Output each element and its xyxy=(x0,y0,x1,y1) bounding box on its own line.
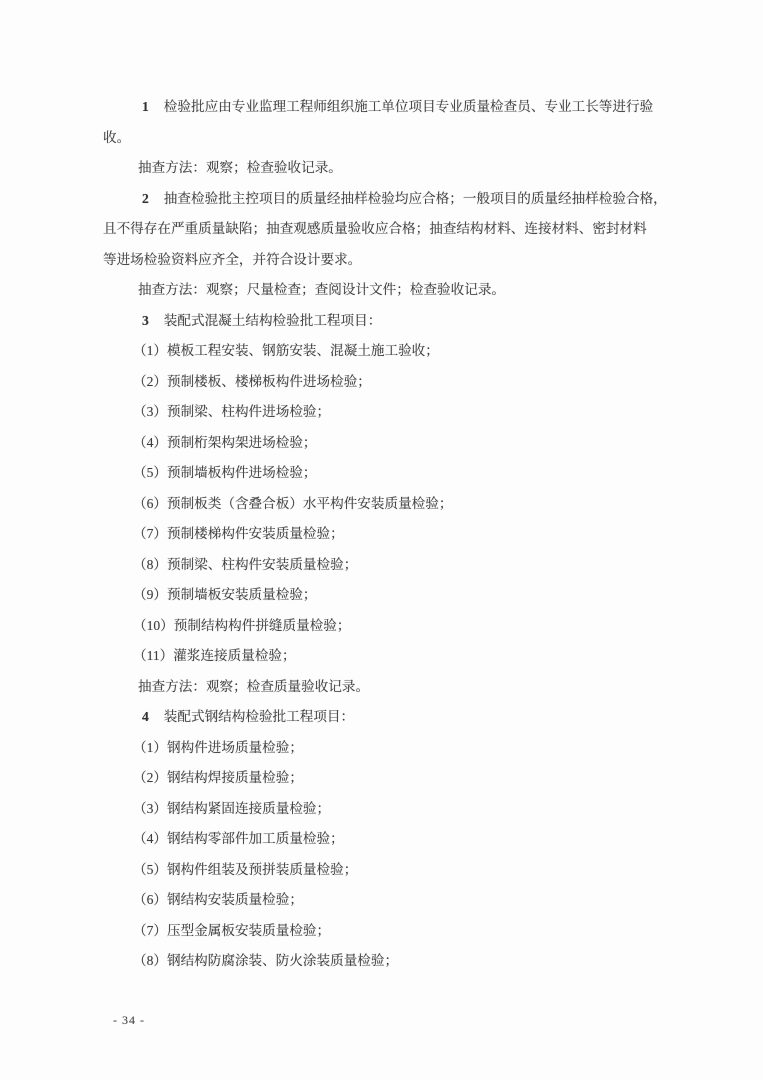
line-text: （2）预制楼板、楼梯板构件进场检验； xyxy=(133,374,371,389)
line-text: （4）钢结构零部件加工质量检验； xyxy=(133,831,344,846)
clause-number: 1 xyxy=(142,99,149,114)
text-line: （7）压型金属板安装质量检验； xyxy=(103,916,663,947)
text-line: （1）模板工程安装、钢筋安装、混凝土施工验收； xyxy=(103,336,663,367)
clause-number: 4 xyxy=(142,709,149,724)
document-page: 1检验批应由专业监理工程师组织施工单位项目专业质量检查员、专业工长等进行验收。抽… xyxy=(0,0,763,1080)
text-line: 1检验批应由专业监理工程师组织施工单位项目专业质量检查员、专业工长等进行验 xyxy=(103,92,663,123)
text-line: （11）灌浆连接质量检验； xyxy=(103,641,663,672)
line-text: 检验批应由专业监理工程师组织施工单位项目专业质量检查员、专业工长等进行验 xyxy=(164,99,653,114)
line-text: （1）模板工程安装、钢筋安装、混凝土施工验收； xyxy=(133,343,439,358)
text-line: （2）钢结构焊接质量检验； xyxy=(103,763,663,794)
text-line: （2）预制楼板、楼梯板构件进场检验； xyxy=(103,367,663,398)
clause-number: 3 xyxy=(142,313,149,328)
text-line: （4）预制桁架构架进场检验； xyxy=(103,428,663,459)
page-number: - 34 - xyxy=(113,1012,145,1028)
document-body: 1检验批应由专业监理工程师组织施工单位项目专业质量检查员、专业工长等进行验收。抽… xyxy=(103,0,663,977)
text-line: （1）钢构件进场质量检验； xyxy=(103,733,663,764)
text-line: （8）预制梁、柱构件安装质量检验； xyxy=(103,550,663,581)
text-line: （3）预制梁、柱构件进场检验； xyxy=(103,397,663,428)
line-text: （3）预制梁、柱构件进场检验； xyxy=(133,404,330,419)
line-text: （7）压型金属板安装质量检验； xyxy=(133,923,330,938)
text-line: （3）钢结构紧固连接质量检验； xyxy=(103,794,663,825)
text-line: 抽查方法：观察；尺量检查；查阅设计文件；检查验收记录。 xyxy=(103,275,663,306)
line-text: （7）预制楼梯构件安装质量检验； xyxy=(133,526,344,541)
line-text: 且不得存在严重质量缺陷；抽查观感质量验收应合格；抽查结构材料、连接材料、密封材料 xyxy=(103,221,647,236)
text-line: 抽查方法：观察；检查质量验收记录。 xyxy=(103,672,663,703)
line-text: （4）预制桁架构架进场检验； xyxy=(133,435,317,450)
text-line: （6）钢结构安装质量检验； xyxy=(103,885,663,916)
line-text: 装配式混凝土结构检验批工程项目： xyxy=(164,313,382,328)
text-line: 抽查方法：观察；检查验收记录。 xyxy=(103,153,663,184)
line-text: （10）预制结构构件拼缝质量检验； xyxy=(133,618,351,633)
line-text: （6）预制板类（含叠合板）水平构件安装质量检验； xyxy=(133,496,452,511)
line-text: 收。 xyxy=(103,130,130,145)
text-line: （10）预制结构构件拼缝质量检验； xyxy=(103,611,663,642)
clause-number: 2 xyxy=(142,191,149,206)
text-line: （4）钢结构零部件加工质量检验； xyxy=(103,824,663,855)
text-line: 2抽查检验批主控项目的质量经抽样检验均应合格；一般项目的质量经抽样检验合格， xyxy=(103,184,663,215)
line-text: （5）钢构件组装及预拼装质量检验； xyxy=(133,862,357,877)
text-line: （7）预制楼梯构件安装质量检验； xyxy=(103,519,663,550)
line-text: （3）钢结构紧固连接质量检验； xyxy=(133,801,330,816)
line-text: （1）钢构件进场质量检验； xyxy=(133,740,303,755)
line-text: 装配式钢结构检验批工程项目： xyxy=(164,709,354,724)
text-line: （5）预制墙板构件进场检验； xyxy=(103,458,663,489)
line-text: （6）钢结构安装质量检验； xyxy=(133,892,303,907)
text-line: （5）钢构件组装及预拼装质量检验； xyxy=(103,855,663,886)
text-line: 且不得存在严重质量缺陷；抽查观感质量验收应合格；抽查结构材料、连接材料、密封材料 xyxy=(103,214,663,245)
line-text: （11）灌浆连接质量检验； xyxy=(133,648,296,663)
line-text: （8）钢结构防腐涂装、防火涂装质量检验； xyxy=(133,953,398,968)
text-line: （9）预制墙板安装质量检验； xyxy=(103,580,663,611)
line-text: 抽查方法：观察；尺量检查；查阅设计文件；检查验收记录。 xyxy=(138,282,505,297)
text-line: 收。 xyxy=(103,123,663,154)
text-line: 3装配式混凝土结构检验批工程项目： xyxy=(103,306,663,337)
text-line: （6）预制板类（含叠合板）水平构件安装质量检验； xyxy=(103,489,663,520)
text-line: 4装配式钢结构检验批工程项目： xyxy=(103,702,663,733)
line-text: （2）钢结构焊接质量检验； xyxy=(133,770,303,785)
text-line: 等进场检验资料应齐全，并符合设计要求。 xyxy=(103,245,663,276)
line-text: （5）预制墙板构件进场检验； xyxy=(133,465,317,480)
line-text: 抽查方法：观察；检查验收记录。 xyxy=(138,160,342,175)
line-text: 抽查方法：观察；检查质量验收记录。 xyxy=(138,679,369,694)
line-text: （8）预制梁、柱构件安装质量检验； xyxy=(133,557,357,572)
line-text: 抽查检验批主控项目的质量经抽样检验均应合格；一般项目的质量经抽样检验合格， xyxy=(164,191,667,206)
line-text: 等进场检验资料应齐全，并符合设计要求。 xyxy=(103,252,361,267)
line-text: （9）预制墙板安装质量检验； xyxy=(133,587,317,602)
text-line: （8）钢结构防腐涂装、防火涂装质量检验； xyxy=(103,946,663,977)
